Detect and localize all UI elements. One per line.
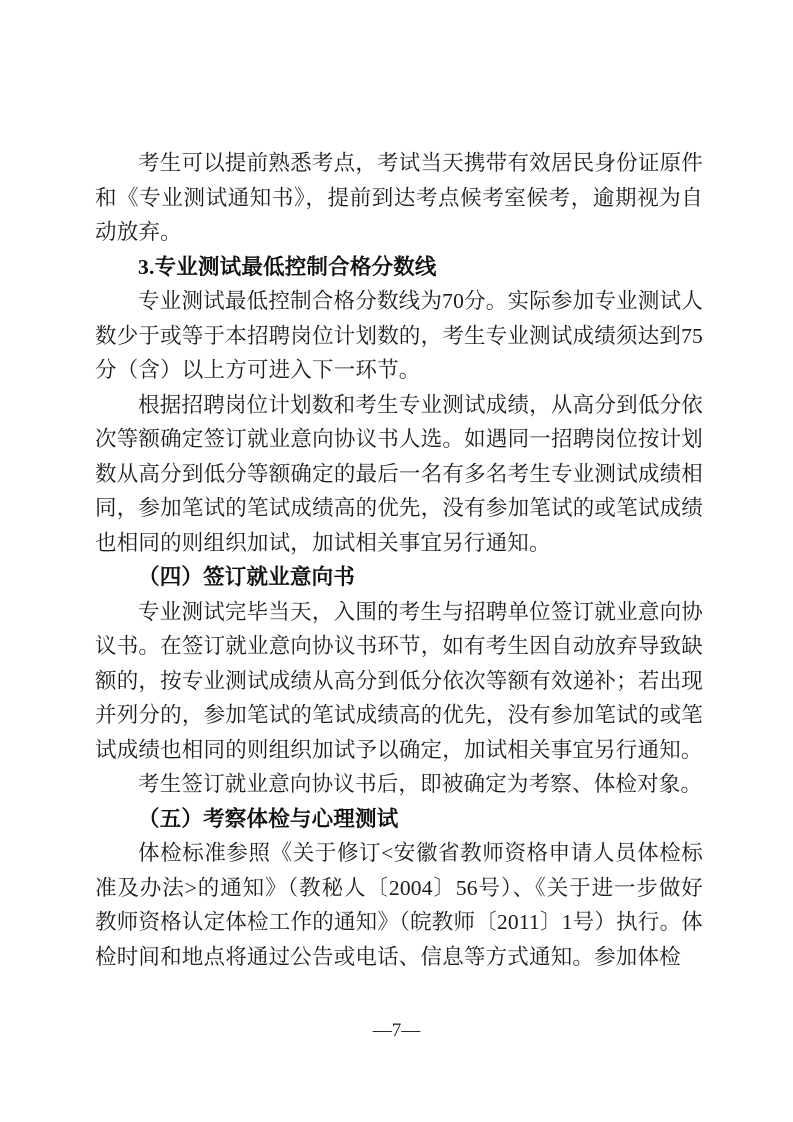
heading-sign-employment-intent: （四）签订就业意向书 bbox=[95, 560, 703, 595]
document-page: 考生可以提前熟悉考点，考试当天携带有效居民身份证原件和《专业测试通知书》，提前到… bbox=[0, 0, 793, 1122]
heading-min-passing-score: 3.专业测试最低控制合格分数线 bbox=[95, 250, 703, 285]
paragraph-passing-line: 专业测试最低控制合格分数线为70分。实际参加专业测试人数少于或等于本招聘岗位计划… bbox=[95, 284, 703, 388]
paragraph-physical-exam-standards: 体检标准参照《关于修订<安徽省教师资格申请人员体检标准及办法>的通知》（教秘人〔… bbox=[95, 836, 703, 974]
paragraph-candidate-selection: 根据招聘岗位计划数和考生专业测试成绩，从高分到低分依次等额确定签订就业意向协议书… bbox=[95, 388, 703, 561]
paragraph-inspection-targets: 考生签订就业意向协议书后，即被确定为考察、体检对象。 bbox=[95, 767, 703, 802]
page-number: —7— bbox=[0, 1018, 793, 1044]
paragraph-signing-procedure: 专业测试完毕当天，入围的考生与招聘单位签订就业意向协议书。在签订就业意向协议书环… bbox=[95, 595, 703, 768]
paragraph-exam-attendance: 考生可以提前熟悉考点，考试当天携带有效居民身份证原件和《专业测试通知书》，提前到… bbox=[95, 146, 703, 250]
heading-inspection-physical-psych: （五）考察体检与心理测试 bbox=[95, 802, 703, 837]
document-body: 考生可以提前熟悉考点，考试当天携带有效居民身份证原件和《专业测试通知书》，提前到… bbox=[95, 146, 703, 974]
